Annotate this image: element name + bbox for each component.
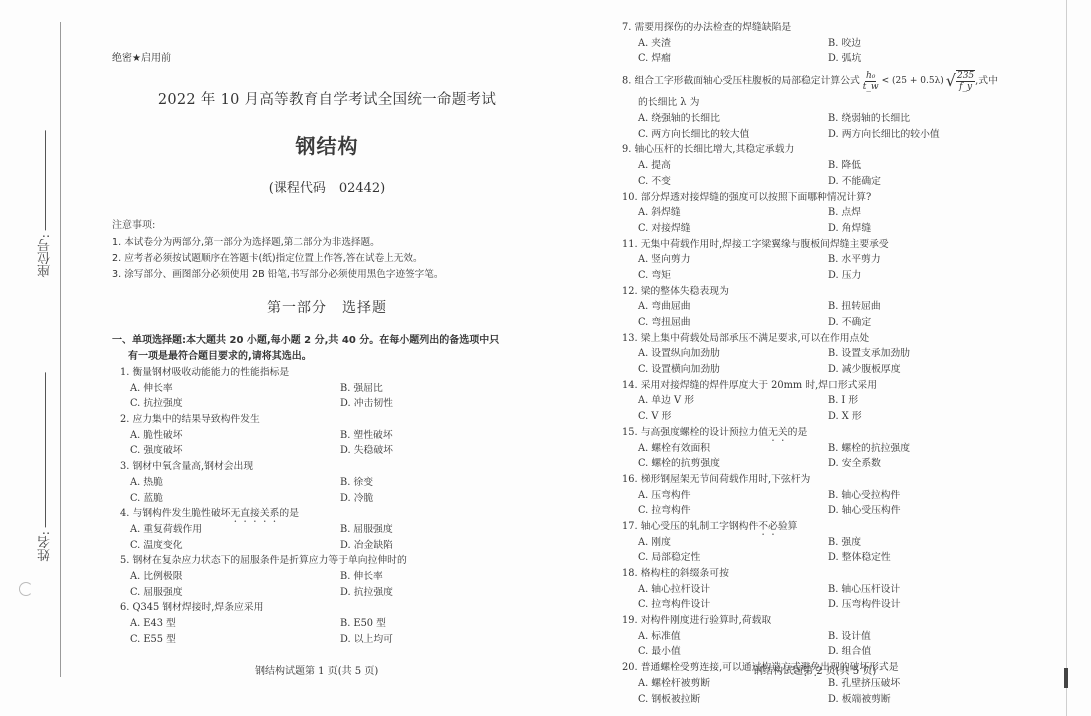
scan-registration-mark: [1064, 668, 1068, 688]
question-stem: 5. 钢材在复杂应力状态下的屈服条件是折算应力等于单向拉伸时的: [112, 553, 542, 569]
option-a: A. 竖向剪力: [638, 252, 828, 268]
question-stem: 18. 格构柱的斜缀条可按: [622, 566, 1042, 582]
option-b: B. 螺栓的抗拉强度: [828, 441, 1028, 457]
option-d: D. 角焊缝: [828, 221, 1028, 237]
question-19: 19. 对构件刚度进行验算时,荷载取 A. 标准值 B. 设计值 C. 最小值 …: [622, 613, 1042, 660]
emphasized-text: 不必: [758, 521, 778, 532]
option-b: B. 轴心压杆设计: [828, 582, 1028, 598]
question-list-page1: 1. 衡量钢材吸收动能能力的性能指标是 A. 伸长率 B. 强屈比 C. 抗拉强…: [112, 365, 542, 647]
option-c: C. 强度破坏: [130, 443, 340, 459]
question-stem-continued: 的长细比 λ 为: [622, 95, 1042, 111]
section-instructions: 一、单项选择题:本大题共 20 小题,每小题 2 分,共 40 分。在每小题列出…: [112, 333, 532, 365]
punch-hole-mark: [19, 582, 33, 596]
option-c: C. 焊瘤: [638, 51, 828, 67]
option-c: C. 弯扭屈曲: [638, 315, 828, 331]
option-d: D. 减少腹板厚度: [828, 362, 1028, 378]
option-c: C. 设置横向加劲肋: [638, 362, 828, 378]
option-d: D. 轴心受压构件: [828, 503, 1028, 519]
course-code: (课程代码 02442): [112, 177, 542, 196]
name-label: 姓名:: [36, 531, 55, 561]
option-b: B. 伸长率: [340, 569, 540, 585]
option-b: B. 屈服强度: [340, 522, 540, 538]
sqrt-numerator: 235: [956, 71, 975, 82]
option-c: C. 温度变化: [130, 538, 340, 554]
option-d: D. 板端被剪断: [828, 692, 1028, 708]
question-8: 8. 组合工字形截面轴心受压柱腹板的局部稳定计算公式h₀t_w< (25 + 0…: [622, 67, 1042, 142]
formula-numerator: h₀: [865, 71, 876, 82]
option-b: B. 咬边: [828, 36, 1028, 52]
question-stem: 14. 采用对接焊缝的焊件厚度大于 20mm 时,焊口形式采用: [622, 378, 1042, 394]
option-d: D. 以上均可: [340, 632, 540, 648]
question-10: 10. 部分焊透对接焊缝的强度可以按照下面哪种情况计算? A. 斜焊缝 B. 点…: [622, 190, 1042, 237]
page-footer-2: 钢结构试题第 2 页(共 5 页): [753, 662, 876, 677]
option-b: B. 点焊: [828, 205, 1028, 221]
stem-text: 验算: [778, 521, 798, 532]
option-c: C. 蓝脆: [130, 491, 340, 507]
formula-sqrt: √235f_y: [946, 70, 975, 92]
option-b: B. 扭转屈曲: [828, 299, 1028, 315]
stability-formula: h₀t_w< (25 + 0.5λ)√235f_y: [860, 67, 975, 95]
stem-text: 的是: [279, 508, 299, 519]
stem-text: 4. 与钢构件发生脆性破坏: [120, 508, 230, 519]
option-a: A. 弯曲屈曲: [638, 299, 828, 315]
question-1: 1. 衡量钢材吸收动能能力的性能指标是 A. 伸长率 B. 强屈比 C. 抗拉强…: [112, 365, 542, 412]
option-b: B. 强度: [828, 535, 1028, 551]
question-6: 6. Q345 钢材焊接时,焊条应采用 A. E43 型 B. E50 型 C.…: [112, 600, 542, 647]
question-17: 17. 轴心受压的轧制工字钢构件不必验算 A. 刚度 B. 强度 C. 局部稳定…: [622, 519, 1042, 566]
option-c: C. 抗拉强度: [130, 396, 340, 412]
option-b: B. 绕弱轴的长细比: [828, 111, 1028, 127]
option-a: A. 重复荷载作用: [130, 522, 340, 538]
option-b: B. 孔壁挤压破坏: [828, 676, 1028, 692]
page-edge-line: [1066, 0, 1067, 716]
question-stem: 10. 部分焊透对接焊缝的强度可以按照下面哪种情况计算?: [622, 190, 1042, 206]
option-b: B. 设计值: [828, 629, 1028, 645]
question-14: 14. 采用对接焊缝的焊件厚度大于 20mm 时,焊口形式采用 A. 单边 V …: [622, 378, 1042, 425]
question-3: 3. 钢材中氧含量高,钢材会出现 A. 热脆 B. 徐变 C. 蓝脆 D. 冷脆: [112, 459, 542, 506]
option-c: C. 屈服强度: [130, 585, 340, 601]
option-c: C. 拉弯构件: [638, 503, 828, 519]
option-b: B. 设置支承加劲肋: [828, 346, 1028, 362]
stem-text: 的是: [788, 427, 808, 438]
notes-heading: 注意事项:: [112, 216, 155, 231]
option-a: A. 绕强轴的长细比: [638, 111, 828, 127]
option-d: D. 冲击韧性: [340, 396, 540, 412]
stem-text: ,式中: [975, 76, 998, 87]
option-d: D. 组合值: [828, 644, 1028, 660]
question-stem: 11. 无集中荷载作用时,焊接工字梁翼缘与腹板间焊缝主要承受: [622, 237, 1042, 253]
sqrt-denominator: f_y: [959, 82, 972, 92]
question-stem: 15. 与高强度螺栓的设计预拉力值无关的是: [622, 425, 1042, 441]
question-stem: 17. 轴心受压的轧制工字钢构件不必验算: [622, 519, 1042, 535]
formula-middle: < (25 + 0.5λ): [882, 67, 944, 95]
option-a: A. 轴心拉杆设计: [638, 582, 828, 598]
option-d: D. 两方向长细比的较小值: [828, 127, 1028, 143]
question-stem: 9. 轴心压杆的长细比增大,其稳定承载力: [622, 142, 1042, 158]
name-blank-line: [45, 372, 46, 527]
option-b: B. 水平剪力: [828, 252, 1028, 268]
option-a: A. 夹渣: [638, 36, 828, 52]
section-instructions-line2: 有一项是最符合题目要求的,请将其选出。: [112, 349, 532, 365]
option-d: D. 冶金缺陷: [340, 538, 540, 554]
question-stem: 8. 组合工字形截面轴心受压柱腹板的局部稳定计算公式h₀t_w< (25 + 0…: [622, 67, 1042, 95]
emphasized-text: 无关: [768, 427, 788, 438]
question-7: 7. 需要用探伤的办法检查的焊缝缺陷是 A. 夹渣 B. 咬边 C. 焊瘤 D.…: [622, 20, 1042, 67]
stem-text: 15. 与高强度螺栓的设计预拉力值: [622, 427, 768, 438]
option-b: B. I 形: [828, 393, 1028, 409]
option-d: D. 不能确定: [828, 174, 1028, 190]
option-a: A. 比例极限: [130, 569, 340, 585]
formula-fraction: h₀t_w: [863, 71, 879, 92]
option-d: D. 压弯构件设计: [828, 597, 1028, 613]
option-a: A. 伸长率: [130, 381, 340, 397]
question-5: 5. 钢材在复杂应力状态下的屈服条件是折算应力等于单向拉伸时的 A. 比例极限 …: [112, 553, 542, 600]
option-d: D. X 形: [828, 409, 1028, 425]
option-b: B. 强屈比: [340, 381, 540, 397]
option-a: A. 脆性破坏: [130, 428, 340, 444]
seat-number-blank-line: [45, 130, 46, 230]
option-d: D. 抗拉强度: [340, 585, 540, 601]
option-a: A. 压弯构件: [638, 488, 828, 504]
question-9: 9. 轴心压杆的长细比增大,其稳定承载力 A. 提高 B. 降低 C. 不变 D…: [622, 142, 1042, 189]
stem-text: 17. 轴心受压的轧制工字钢构件: [622, 521, 758, 532]
option-b: B. 徐变: [340, 475, 540, 491]
emphasized-text: 无直接关系: [230, 508, 279, 519]
option-c: C. 钢板被拉断: [638, 692, 828, 708]
option-a: A. 提高: [638, 158, 828, 174]
question-stem: 6. Q345 钢材焊接时,焊条应采用: [112, 600, 542, 616]
question-11: 11. 无集中荷载作用时,焊接工字梁翼缘与腹板间焊缝主要承受 A. 竖向剪力 B…: [622, 237, 1042, 284]
question-list-page2: 7. 需要用探伤的办法检查的焊缝缺陷是 A. 夹渣 B. 咬边 C. 焊瘤 D.…: [622, 20, 1042, 707]
option-c: C. 不变: [638, 174, 828, 190]
question-stem: 19. 对构件刚度进行验算时,荷载取: [622, 613, 1042, 629]
note-item: 1. 本试卷分为两部分,第一部分为选择题,第二部分为非选择题。: [112, 235, 443, 251]
option-c: C. 局部稳定性: [638, 550, 828, 566]
question-16: 16. 梯形钢屋架无节间荷载作用时,下弦杆为 A. 压弯构件 B. 轴心受拉构件…: [622, 472, 1042, 519]
option-a: A. 螺栓杆被剪断: [638, 676, 828, 692]
formula-denominator: t_w: [863, 82, 879, 92]
question-2: 2. 应力集中的结果导致构件发生 A. 脆性破坏 B. 塑性破坏 C. 强度破坏…: [112, 412, 542, 459]
page-footer-1: 钢结构试题第 1 页(共 5 页): [255, 662, 378, 677]
option-d: D. 整体稳定性: [828, 550, 1028, 566]
seat-number-label: 座位号:: [36, 234, 55, 277]
question-stem: 2. 应力集中的结果导致构件发生: [112, 412, 542, 428]
option-c: C. 螺栓的抗剪强度: [638, 456, 828, 472]
option-b: B. 塑性破坏: [340, 428, 540, 444]
question-stem: 12. 梁的整体失稳表现为: [622, 284, 1042, 300]
option-c: C. V 形: [638, 409, 828, 425]
option-c: C. 两方向长细比的较大值: [638, 127, 828, 143]
question-4: 4. 与钢构件发生脆性破坏无直接关系的是 A. 重复荷载作用 B. 屈服强度 C…: [112, 506, 542, 553]
question-stem: 3. 钢材中氧含量高,钢材会出现: [112, 459, 542, 475]
question-18: 18. 格构柱的斜缀条可按 A. 轴心拉杆设计 B. 轴心压杆设计 C. 拉弯构…: [622, 566, 1042, 613]
question-stem: 16. 梯形钢屋架无节间荷载作用时,下弦杆为: [622, 472, 1042, 488]
option-d: D. 冷脆: [340, 491, 540, 507]
option-a: A. 单边 V 形: [638, 393, 828, 409]
option-a: A. 刚度: [638, 535, 828, 551]
option-a: A. 热脆: [130, 475, 340, 491]
seat-number-field: 座位号:: [36, 130, 55, 277]
option-b: B. 轴心受拉构件: [828, 488, 1028, 504]
note-item: 3. 涂写部分、画图部分必须使用 2B 铅笔,书写部分必须使用黑色字迹签字笔。: [112, 267, 443, 283]
option-b: B. E50 型: [340, 616, 540, 632]
option-d: D. 压力: [828, 268, 1028, 284]
name-field: 姓名:: [36, 372, 55, 561]
option-b: B. 降低: [828, 158, 1028, 174]
question-stem: 13. 梁上集中荷载处局部承压不满足要求,可以在作用点处: [622, 331, 1042, 347]
part-title: 第一部分 选择题: [112, 297, 542, 317]
option-d: D. 不确定: [828, 315, 1028, 331]
subject-title: 钢结构: [112, 130, 542, 159]
question-stem: 7. 需要用探伤的办法检查的焊缝缺陷是: [622, 20, 1042, 36]
option-a: A. 标准值: [638, 629, 828, 645]
option-c: C. E55 型: [130, 632, 340, 648]
option-c: C. 最小值: [638, 644, 828, 660]
question-stem: 4. 与钢构件发生脆性破坏无直接关系的是: [112, 506, 542, 522]
option-c: C. 拉弯构件设计: [638, 597, 828, 613]
binding-margin-line: [60, 22, 61, 677]
option-a: A. 斜焊缝: [638, 205, 828, 221]
option-c: C. 弯矩: [638, 268, 828, 284]
option-a: A. 螺栓有效面积: [638, 441, 828, 457]
stem-text: 8. 组合工字形截面轴心受压柱腹板的局部稳定计算公式: [622, 76, 860, 87]
sqrt-icon: √: [946, 73, 956, 89]
note-item: 2. 应考者必须按试题顺序在答题卡(纸)指定位置上作答,答在试卷上无效。: [112, 251, 443, 267]
notes-list: 1. 本试卷分为两部分,第一部分为选择题,第二部分为非选择题。 2. 应考者必须…: [112, 235, 443, 283]
exam-title: 2022 年 10 月高等教育自学考试全国统一命题考试: [112, 88, 542, 109]
option-d: D. 失稳破坏: [340, 443, 540, 459]
question-stem: 1. 衡量钢材吸收动能能力的性能指标是: [112, 365, 542, 381]
confidential-label: 绝密★启用前: [112, 49, 171, 64]
question-13: 13. 梁上集中荷载处局部承压不满足要求,可以在作用点处 A. 设置纵向加劲肋 …: [622, 331, 1042, 378]
question-15: 15. 与高强度螺栓的设计预拉力值无关的是 A. 螺栓有效面积 B. 螺栓的抗拉…: [622, 425, 1042, 472]
option-c: C. 对接焊缝: [638, 221, 828, 237]
option-a: A. E43 型: [130, 616, 340, 632]
option-d: D. 弧坑: [828, 51, 1028, 67]
section-instructions-line1: 一、单项选择题:本大题共 20 小题,每小题 2 分,共 40 分。在每小题列出…: [112, 335, 499, 346]
question-12: 12. 梁的整体失稳表现为 A. 弯曲屈曲 B. 扭转屈曲 C. 弯扭屈曲 D.…: [622, 284, 1042, 331]
option-a: A. 设置纵向加劲肋: [638, 346, 828, 362]
option-d: D. 安全系数: [828, 456, 1028, 472]
